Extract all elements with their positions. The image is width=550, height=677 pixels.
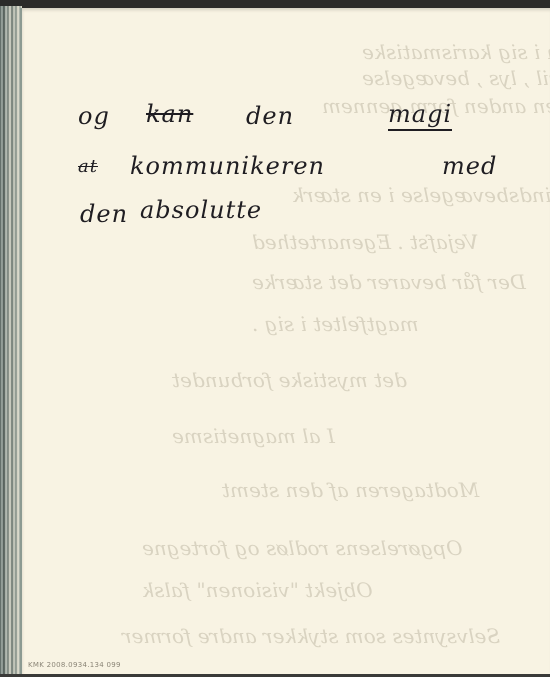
bleed-through-line: Der får bevarer det stærke (252, 270, 526, 294)
handwriting-word: den (246, 102, 294, 130)
handwriting-word: og (78, 102, 110, 130)
handwriting-word: kan (146, 100, 193, 128)
archive-stamp: KMK 2008.0934.134 099 (28, 661, 121, 669)
bleed-through-line: Vejafst . Egenartethed (252, 230, 478, 254)
bleed-through-line: og sindsbevægelse i en stærk (292, 183, 550, 207)
manuscript-page: at han i sig karismatiske med sil , lys … (20, 8, 550, 677)
bleed-through-line: Modtageren af den stemt (222, 478, 479, 502)
page-stack-edges (0, 6, 22, 677)
handwriting-word: at (78, 156, 98, 177)
handwriting-word: absolutte (140, 196, 262, 224)
handwriting-word-underlined: magi (388, 100, 452, 131)
bleed-through-line: magtfeltet i sig . (252, 312, 419, 336)
handwriting-word: den (80, 200, 128, 228)
handwriting-word: kommunikeren (130, 152, 325, 180)
bleed-through-line: Objekt "visionen" falsk (142, 578, 373, 602)
handwriting-word: med (442, 152, 497, 180)
bleed-through-line: med sil , lys , bevægelse (362, 66, 550, 90)
bleed-through-line: I al magnetisme (172, 424, 335, 448)
bleed-through-line: Selvsyntes som stykker andre former (122, 624, 500, 648)
bleed-through-line: det mystiske forbundet (172, 368, 407, 392)
bleed-through-line: at han i sig karismatiske (362, 40, 550, 64)
bleed-through-line: Opgørelsens rodløs og fortegne (142, 536, 463, 560)
